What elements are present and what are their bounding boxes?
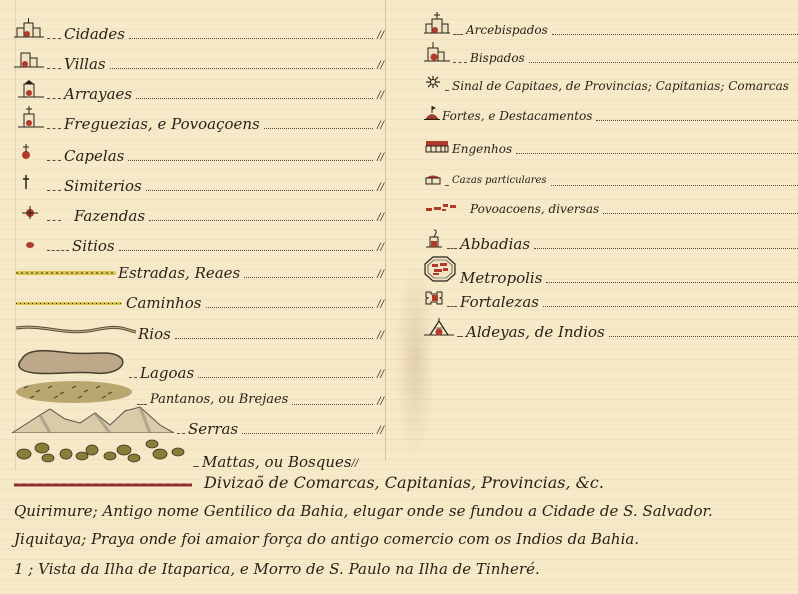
dot-leader <box>516 153 798 154</box>
legend-label: Freguezias, e Povoaçoens <box>64 116 260 132</box>
end-mark: // <box>377 152 384 163</box>
dot-leader <box>534 248 798 249</box>
dot-leader <box>146 190 374 191</box>
leader-dash <box>47 250 69 251</box>
legend-item-aldeyas: Aldeyas, de Indios <box>424 318 798 340</box>
end-mark: // <box>377 269 384 280</box>
path-icon <box>14 292 126 311</box>
leader-dash <box>47 68 61 69</box>
leader-dash <box>193 466 199 467</box>
legend-label: Fazendas <box>74 208 145 224</box>
dot-leader <box>128 160 373 161</box>
legend-item-estradas: Estradas, Reaes // <box>14 262 384 281</box>
dot-leader <box>175 338 373 339</box>
farm-icon <box>14 202 44 224</box>
legend-item-divizao: Divizaõ de Comarcas, Capitanias, Provinc… <box>14 472 614 491</box>
metropolis-icon <box>424 256 456 286</box>
end-mark: // <box>377 30 384 41</box>
leader-dash <box>447 306 457 307</box>
legend-item-serras: Serras // <box>10 405 384 437</box>
city-icon <box>14 18 44 42</box>
legend-item-fortalezas: Fortalezas <box>424 290 798 310</box>
end-mark: // <box>377 182 384 193</box>
dot-leader <box>129 38 373 39</box>
legend-label: Engenhos <box>452 141 512 157</box>
leader-dash <box>447 248 457 249</box>
legend-item-pantanos: Pantanos, ou Brejaes // <box>14 380 384 408</box>
end-mark: // <box>377 425 384 436</box>
end-mark: // <box>377 369 384 380</box>
legend-label: Simiterios <box>64 178 142 194</box>
end-mark: // <box>377 60 384 71</box>
legend-item-cazas: Cazas particulares <box>424 170 798 189</box>
dot-leader <box>529 62 798 63</box>
forest-icon <box>14 438 190 470</box>
legend-label: Caminhos <box>126 295 202 311</box>
dot-leader <box>244 277 373 278</box>
legend-label: Divizaõ de Comarcas, Capitanias, Provinc… <box>204 475 604 491</box>
abbey-icon <box>424 228 444 252</box>
swamp-icon <box>14 380 134 408</box>
legend-item-sitios: Sitios // <box>14 232 384 254</box>
leader-dash <box>445 90 449 91</box>
legend-label: Cazas particulares <box>452 173 547 189</box>
river-icon <box>14 320 138 342</box>
bishopric-icon <box>424 40 450 66</box>
legend-label: Cidades <box>64 26 125 42</box>
legend-item-povoacoens: Povoacoens, diversas <box>424 198 798 217</box>
legend-label: Capelas <box>64 148 124 164</box>
end-mark: // <box>352 458 359 469</box>
leader-dash <box>445 185 449 186</box>
leader-dash <box>47 38 61 39</box>
dot-leader <box>242 433 373 434</box>
end-mark: // <box>377 212 384 223</box>
leader-dash <box>47 220 61 221</box>
cemetery-cross-icon <box>14 172 44 194</box>
dot-leader <box>551 185 798 186</box>
legend-item-caminhos: Caminhos // <box>14 292 384 311</box>
leader-dash <box>457 336 463 337</box>
legend-item-freguezias: Freguezias, e Povoaçoens // <box>14 106 384 132</box>
legend-label: Lagoas <box>140 365 194 381</box>
site-dot-icon <box>14 232 44 254</box>
legend-label: Villas <box>64 56 106 72</box>
legend-item-simiterios: Simiterios // <box>14 172 384 194</box>
end-mark: // <box>377 330 384 341</box>
legend-item-cidades: Cidades // <box>14 18 384 42</box>
sugar-mill-icon <box>424 138 450 157</box>
leader-dash <box>453 34 463 35</box>
archbishopric-icon <box>424 12 450 38</box>
mountains-icon <box>10 405 174 437</box>
camp-icon <box>14 78 44 102</box>
fortress-icon <box>424 290 444 310</box>
legend-label: Serras <box>188 421 238 437</box>
legend-label: Aldeyas, de Indios <box>466 324 605 340</box>
legend-label: Fortes, e Destacamentos <box>442 108 592 124</box>
legend-item-arcebispados: Arcebispados <box>424 12 798 38</box>
legend-label: Metropolis <box>460 270 542 286</box>
column-rule <box>385 0 386 460</box>
boundary-line-icon <box>14 472 194 491</box>
dot-leader <box>206 307 374 308</box>
dot-leader <box>609 336 798 337</box>
note-itaparica: 1 ; Vista da Ilha de Itaparica, e Morro … <box>14 560 540 578</box>
leader-dash <box>47 128 61 129</box>
leader-dash <box>47 160 61 161</box>
capital-star-icon <box>424 74 442 94</box>
chapel-icon <box>14 142 44 164</box>
dot-leader <box>546 282 798 283</box>
dot-leader <box>149 220 373 221</box>
end-mark: // <box>377 120 384 131</box>
legend-item-fazendas: Fazendas // <box>14 202 384 224</box>
legend-item-arrayaes: Arrayaes // <box>14 78 384 102</box>
leader-dash <box>47 190 61 191</box>
legend-item-rios: Rios // <box>14 320 384 342</box>
legend-label: Sinal de Capitaes, de Provincias; Capita… <box>452 78 789 94</box>
legend-item-mattas: Mattas, ou Bosques // <box>14 438 374 470</box>
dot-leader <box>136 98 373 99</box>
indian-village-icon <box>424 318 454 340</box>
legend-label: Abbadias <box>460 236 530 252</box>
leader-dash <box>453 62 467 63</box>
dot-leader <box>264 128 374 129</box>
legend-item-bispados: Bispados <box>424 40 798 66</box>
legend-label: Fortalezas <box>460 294 539 310</box>
lagoon-icon <box>14 345 126 381</box>
legend-item-fortes: Fortes, e Destacamentos <box>424 104 798 124</box>
dot-leader <box>603 213 798 214</box>
dot-leader <box>198 377 373 378</box>
settlements-icon <box>424 198 458 217</box>
dot-leader <box>596 120 798 121</box>
leader-dash <box>129 377 137 378</box>
royal-road-icon <box>14 262 118 281</box>
leader-dash <box>47 98 61 99</box>
legend-label: Sitios <box>72 238 115 254</box>
legend-label: Rios <box>138 326 171 342</box>
dot-leader <box>119 250 374 251</box>
end-mark: // <box>377 242 384 253</box>
legend-item-capelas: Capelas // <box>14 142 384 164</box>
note-jiquitaya: Jiquitaya; Praya onde foi amaior força d… <box>14 530 639 548</box>
legend-label: Arcebispados <box>466 22 548 38</box>
legend-item-engenhos: Engenhos <box>424 138 798 157</box>
legend-label: Arrayaes <box>64 86 132 102</box>
legend-item-sinal: Sinal de Capitaes, de Provincias; Capita… <box>424 74 798 94</box>
legend-label: Estradas, Reaes <box>118 265 240 281</box>
legend-item-abbadias: Abbadias <box>424 228 798 252</box>
town-icon <box>14 48 44 72</box>
dot-leader <box>543 306 798 307</box>
end-mark: // <box>377 90 384 101</box>
legend-label: Bispados <box>470 50 525 66</box>
parish-icon <box>14 106 44 132</box>
fort-flag-icon <box>424 104 440 124</box>
private-house-icon <box>424 170 442 189</box>
legend-label: Mattas, ou Bosques <box>202 454 352 470</box>
dot-leader <box>552 34 798 35</box>
legend-item-metropolis: Metropolis <box>424 256 798 286</box>
end-mark: // <box>377 299 384 310</box>
legend-item-villas: Villas // <box>14 48 384 72</box>
dot-leader <box>110 68 374 69</box>
legend-label: Povoacoens, diversas <box>470 201 599 217</box>
legend-item-lagoas: Lagoas // <box>14 345 384 381</box>
leader-dash <box>177 433 185 434</box>
note-quirimure: Quirimure; Antigo nome Gentilico da Bahi… <box>14 502 713 520</box>
